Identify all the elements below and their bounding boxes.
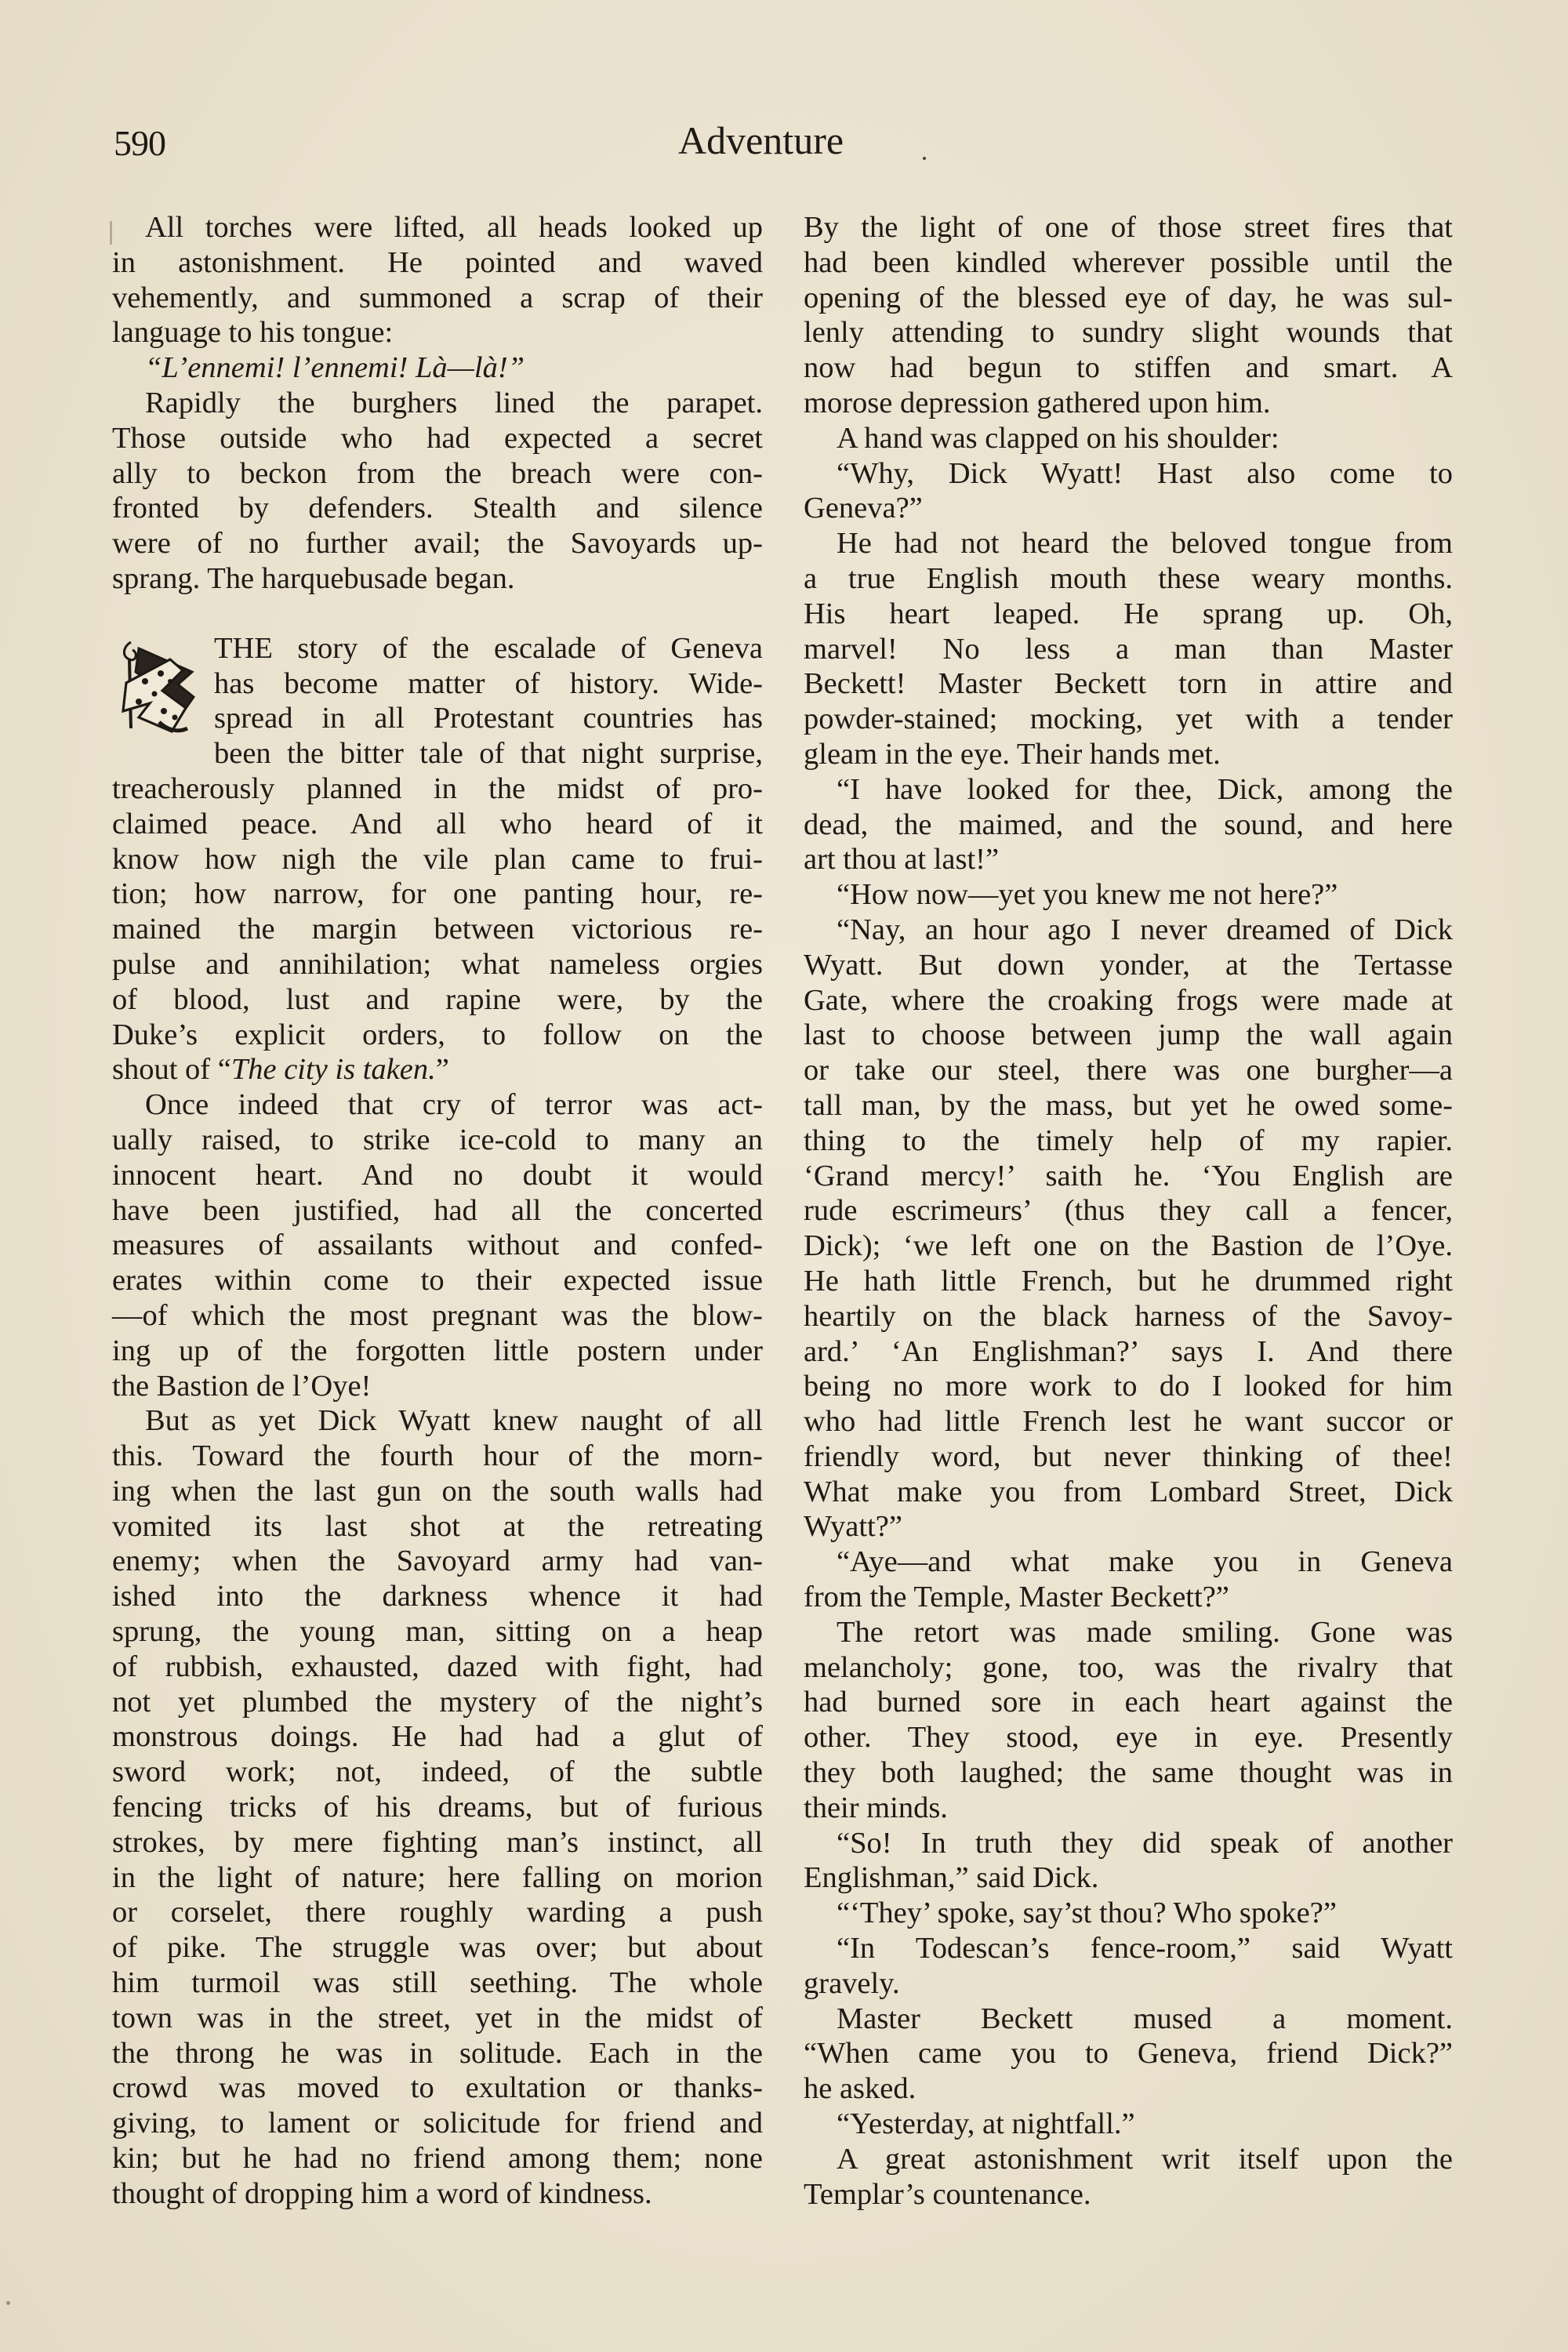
text-line: other. They stood, eye in eye. Presently xyxy=(804,1720,1453,1755)
left-column: All torches were lifted, all heads looke… xyxy=(112,210,763,2212)
text-line: know how nigh the vile plan came to frui… xyxy=(112,842,763,877)
text-line: “I have looked for thee, Dick, among the xyxy=(804,772,1453,808)
paragraph: But as yet Dick Wyatt knew naught of all… xyxy=(112,1403,763,2211)
text-line: a true English mouth these weary months. xyxy=(804,561,1453,597)
text-line: A great astonishment writ itself upon th… xyxy=(804,2142,1453,2177)
text-line: tall man, by the mass, but yet he owed s… xyxy=(804,1088,1453,1123)
text-line: innocent heart. And no doubt it would xyxy=(112,1158,763,1193)
text-line: they both laughed; the same thought was … xyxy=(804,1755,1453,1791)
text-line: last to choose between jump the wall aga… xyxy=(804,1018,1453,1053)
text-line: A hand was clapped on his shoulder: xyxy=(804,421,1453,456)
text-line: Master Beckett mused a moment. xyxy=(804,2002,1453,2037)
text-line: Gate, where the croaking frogs were made… xyxy=(804,983,1453,1018)
text-line: Templar’s countenance. xyxy=(804,2177,1453,2212)
text-line: melancholy; gone, too, was the rivalry t… xyxy=(804,1650,1453,1686)
text-line: Wyatt. But down yonder, at the Tertasse xyxy=(804,948,1453,983)
text-line: spread in all Protestant countries has xyxy=(112,701,763,736)
text-line: claimed peace. And all who heard of it xyxy=(112,807,763,842)
text-line: giving, to lament or solicitude for frie… xyxy=(112,2106,763,2141)
text-line: who had little French lest he want succo… xyxy=(804,1404,1453,1439)
text-line: being no more work to do I looked for hi… xyxy=(804,1369,1453,1404)
text-line: Englishman,” said Dick. xyxy=(804,1860,1453,1896)
text-line: or corselet, there roughly warding a pus… xyxy=(112,1895,763,1930)
text-line: rude escrimeurs’ (thus they call a fence… xyxy=(804,1193,1453,1229)
text-line: Wyatt?” xyxy=(804,1509,1453,1544)
text-line: erates within come to their expected iss… xyxy=(112,1263,763,1298)
text-line: enemy; when the Savoyard army had van- xyxy=(112,1544,763,1579)
paragraph: All torches were lifted, all heads looke… xyxy=(112,210,763,350)
text-line: friendly word, but never thinking of the… xyxy=(804,1439,1453,1475)
text-line: of pike. The struggle was over; but abou… xyxy=(112,1930,763,1965)
text-line: Once indeed that cry of terror was act- xyxy=(112,1087,763,1123)
text-line: gravely. xyxy=(804,1966,1453,2002)
text-line: town was in the street, yet in the midst… xyxy=(112,2001,763,2036)
text-line: the Bastion de l’Oye! xyxy=(112,1369,763,1404)
text-line: ally to beckon from the breach were con- xyxy=(112,456,763,492)
text-line: ard.’ ‘An Englishman?’ says I. And there xyxy=(804,1334,1453,1370)
section-break xyxy=(112,597,763,631)
text-line: pulse and annihilation; what nameless or… xyxy=(112,947,763,982)
text-line: Duke’s explicit orders, to follow on the xyxy=(112,1018,763,1053)
text-line: crowd was moved to exultation or thanks- xyxy=(112,2071,763,2106)
text-line: He had not heard the beloved tongue from xyxy=(804,526,1453,561)
paragraph: A great astonishment writ itself upon th… xyxy=(804,2142,1453,2212)
paragraph: “Why, Dick Wyatt! Hast also come toGenev… xyxy=(804,456,1453,527)
text-line: in the light of nature; here falling on … xyxy=(112,1860,763,1896)
paragraph: Master Beckett mused a moment.“When came… xyxy=(804,2002,1453,2107)
scan-edge-speck xyxy=(6,2301,10,2305)
text-line: He hath little French, but he drummed ri… xyxy=(804,1264,1453,1299)
text-line: not yet plumbed the mystery of the night… xyxy=(112,1685,763,1720)
paragraph: “So! In truth they did speak of anotherE… xyxy=(804,1826,1453,1896)
text-line: vomited its last shot at the retreating xyxy=(112,1509,763,1544)
text-line: him turmoil was still seething. The whol… xyxy=(112,1965,763,2001)
text-line: have been justified, had all the concert… xyxy=(112,1193,763,1229)
text-line: treacherously planned in the midst of pr… xyxy=(112,771,763,807)
text-line: —of which the most pregnant was the blow… xyxy=(112,1298,763,1334)
text-line: “How now—yet you knew me not here?” xyxy=(804,877,1453,913)
text-line: kin; but he had no friend among them; no… xyxy=(112,2141,763,2176)
text-line: powder-stained; mocking, yet with a tend… xyxy=(804,702,1453,737)
text-line: thought of dropping him a word of kindne… xyxy=(112,2176,763,2212)
text-line: language to his tongue: xyxy=(112,315,763,350)
text-line: ished into the darkness whence it had xyxy=(112,1579,763,1614)
text-line: monstrous doings. He had had a glut of xyxy=(112,1719,763,1755)
text-line: sprang. The harquebusade began. xyxy=(112,561,763,597)
paragraph: He had not heard the beloved tongue from… xyxy=(804,526,1453,772)
text-line: fronted by defenders. Stealth and silenc… xyxy=(112,491,763,526)
text-line: shout of “The city is taken.” xyxy=(112,1052,763,1087)
text-line: measures of assailants without and confe… xyxy=(112,1228,763,1263)
text-line: this. Toward the fourth hour of the morn… xyxy=(112,1439,763,1474)
paragraph: The retort was made smiling. Gone wasmel… xyxy=(804,1615,1453,1826)
paragraph: “I have looked for thee, Dick, among the… xyxy=(804,772,1453,877)
paragraph: Rapidly the burghers lined the parapet.T… xyxy=(112,386,763,597)
text-line: “L’ennemi! l’ennemi! Là—là!” xyxy=(112,350,763,386)
text-line: had burned sore in each heart against th… xyxy=(804,1685,1453,1720)
paragraph: A hand was clapped on his shoulder: xyxy=(804,421,1453,456)
text-line: now had begun to stiffen and smart. A xyxy=(804,350,1453,386)
text-line: “When came you to Geneva, friend Dick?” xyxy=(804,2036,1453,2071)
italic-quote: The city is taken. xyxy=(231,1053,436,1086)
text-line: opening of the blessed eye of day, he wa… xyxy=(804,281,1453,316)
text-line: of blood, lust and rapine were, by the xyxy=(112,982,763,1018)
paragraph: “In Todescan’s fence-room,” said Wyattgr… xyxy=(804,1931,1453,2002)
text-line: vehemently, and summoned a scrap of thei… xyxy=(112,281,763,316)
text-line: sword work; not, indeed, of the subtle xyxy=(112,1755,763,1790)
text-line: “Yesterday, at nightfall.” xyxy=(804,2107,1453,2142)
text-line: Those outside who had expected a secret xyxy=(112,421,763,456)
text-line: he asked. xyxy=(804,2071,1453,2107)
paragraph: “Nay, an hour ago I never dreamed of Dic… xyxy=(804,913,1453,1544)
text-line: from the Temple, Master Beckett?” xyxy=(804,1580,1453,1615)
text-line: heartily on the black harness of the Sav… xyxy=(804,1299,1453,1334)
text-line: “Why, Dick Wyatt! Hast also come to xyxy=(804,456,1453,492)
text-line: What make you from Lombard Street, Dick xyxy=(804,1475,1453,1510)
text-line: the throng he was in solitude. Each in t… xyxy=(112,2036,763,2071)
text-line: marvel! No less a man than Master xyxy=(804,632,1453,667)
text-line: ing when the last gun on the south walls… xyxy=(112,1474,763,1509)
text-line: their minds. xyxy=(804,1791,1453,1826)
text-line: Rapidly the burghers lined the parapet. xyxy=(112,386,763,421)
paragraph: Once indeed that cry of terror was act-u… xyxy=(112,1087,763,1403)
text-line: “‘They’ spoke, say’st thou? Who spoke?” xyxy=(804,1896,1453,1931)
text-line: fencing tricks of his dreams, but of fur… xyxy=(112,1790,763,1825)
paragraph: “‘They’ spoke, say’st thou? Who spoke?” xyxy=(804,1896,1453,1931)
page-number: 590 xyxy=(114,122,165,164)
text-line: strokes, by mere fighting man’s instinct… xyxy=(112,1825,763,1860)
text-line: THE story of the escalade of Geneva xyxy=(112,631,763,666)
text-line: tion; how narrow, for one panting hour, … xyxy=(112,877,763,912)
text-line: thing to the timely help of my rapier. xyxy=(804,1123,1453,1159)
text-line: gleam in the eye. Their hands met. xyxy=(804,737,1453,772)
text-line: been the bitter tale of that night surpr… xyxy=(112,736,763,771)
text-line: in astonishment. He pointed and waved xyxy=(112,245,763,281)
text-line: were of no further avail; the Savoyards … xyxy=(112,526,763,561)
text-line: or take our steel, there was one burgher… xyxy=(804,1053,1453,1088)
text-line: The retort was made smiling. Gone was xyxy=(804,1615,1453,1650)
text-line: art thou at last!” xyxy=(804,842,1453,877)
text-line: Geneva?” xyxy=(804,491,1453,526)
text-line: morose depression gathered upon him. xyxy=(804,386,1453,421)
page-header: 590 Adventure xyxy=(114,118,1494,172)
text-line: ing up of the forgotten little postern u… xyxy=(112,1334,763,1369)
running-title: Adventure xyxy=(678,118,844,163)
paragraph: “L’ennemi! l’ennemi! Là—là!” xyxy=(112,350,763,386)
paragraph: By the light of one of those street fire… xyxy=(804,210,1453,421)
text-line: “In Todescan’s fence-room,” said Wyatt xyxy=(804,1931,1453,1966)
ornamental-initial-icon xyxy=(115,636,203,739)
text-line: mained the margin between victorious re- xyxy=(112,912,763,947)
paragraph: “Aye—and what make you in Genevafrom the… xyxy=(804,1544,1453,1615)
text-line: ually raised, to strike ice-cold to many… xyxy=(112,1123,763,1158)
text-line: Dick); ‘we left one on the Bastion de l’… xyxy=(804,1229,1453,1264)
right-column: By the light of one of those street fire… xyxy=(804,210,1453,2212)
paragraph: “Yesterday, at nightfall.” xyxy=(804,2107,1453,2142)
text-line: Beckett! Master Beckett torn in attire a… xyxy=(804,666,1453,702)
text-line: ‘Grand mercy!’ saith he. ‘You English ar… xyxy=(804,1159,1453,1194)
text-line: lenly attending to sundry slight wounds … xyxy=(804,315,1453,350)
paragraph: “How now—yet you knew me not here?” xyxy=(804,877,1453,913)
text-line: of rubbish, exhausted, dazed with fight,… xyxy=(112,1650,763,1685)
text-line: sprung, the young man, sitting on a heap xyxy=(112,1614,763,1650)
text-line: But as yet Dick Wyatt knew naught of all xyxy=(112,1403,763,1439)
dropcap-paragraph: THE story of the escalade of Genevahas b… xyxy=(112,631,763,1087)
text-line: “So! In truth they did speak of another xyxy=(804,1826,1453,1861)
header-speck xyxy=(923,157,926,160)
text-line: By the light of one of those street fire… xyxy=(804,210,1453,245)
text-line: His heart leaped. He sprang up. Oh, xyxy=(804,597,1453,632)
text-line: All torches were lifted, all heads looke… xyxy=(112,210,763,245)
text-line: had been kindled wherever possible until… xyxy=(804,245,1453,281)
text-line: “Aye—and what make you in Geneva xyxy=(804,1544,1453,1580)
text-line: dead, the maimed, and the sound, and her… xyxy=(804,808,1453,843)
text-line: has become matter of history. Wide- xyxy=(112,666,763,702)
text-line: “Nay, an hour ago I never dreamed of Dic… xyxy=(804,913,1453,948)
